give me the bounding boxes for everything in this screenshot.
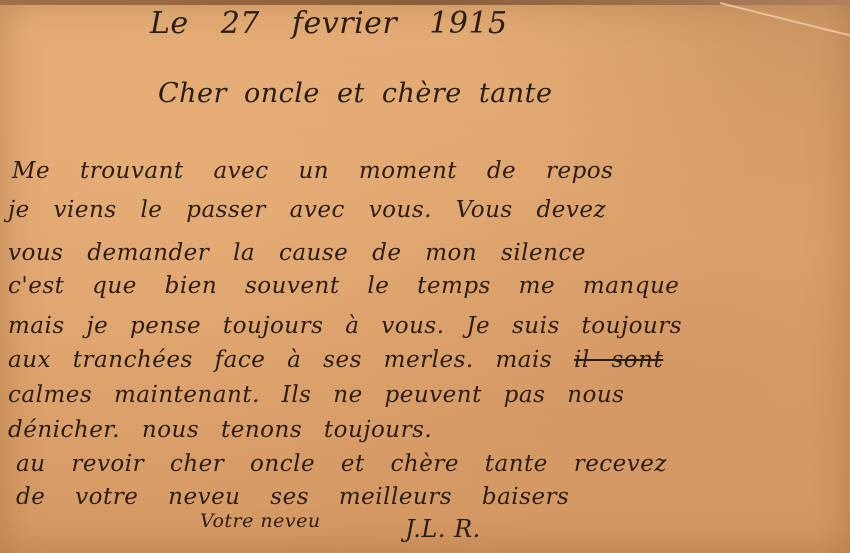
- paper-crease: [720, 2, 850, 38]
- signature: J.L. R.: [405, 515, 481, 543]
- greeting-line: Cher oncle et chère tante: [158, 78, 553, 109]
- body-line-4: c'est que bien souvent le temps me manqu…: [8, 273, 679, 299]
- postcard: Le 27 fevrier 1915 Cher oncle et chère t…: [0, 0, 850, 553]
- body-line-6-text: aux tranchées face à ses merles. mais: [8, 347, 552, 373]
- body-line-6: aux tranchées face à ses merles. mais il…: [8, 347, 663, 373]
- body-line-5: mais je pense toujours à vous. Je suis t…: [8, 313, 682, 339]
- body-line-2: je viens le passer avec vous. Vous devez: [8, 197, 606, 223]
- body-line-8: dénicher. nous tenons toujours.: [8, 417, 432, 443]
- body-line-9: au revoir cher oncle et chère tante rece…: [16, 451, 667, 477]
- body-line-7: calmes maintenant. Ils ne peuvent pas no…: [8, 382, 624, 408]
- struck-out-word: il sont: [574, 347, 663, 373]
- body-line-10: de votre neveu ses meilleurs baisers: [16, 484, 569, 510]
- closing-line: Votre neveu: [200, 510, 321, 532]
- body-line-1: Me trouvant avec un moment de repos: [12, 158, 613, 184]
- date-line: Le 27 fevrier 1915: [150, 6, 508, 41]
- body-line-3: vous demander la cause de mon silence: [8, 240, 586, 266]
